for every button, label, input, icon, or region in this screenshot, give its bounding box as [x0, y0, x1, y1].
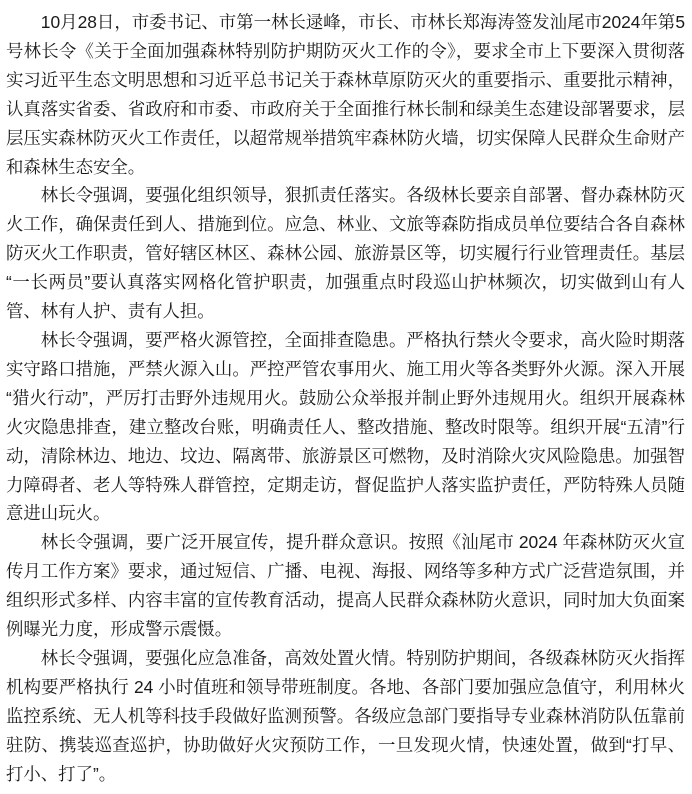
paragraph: 林长令强调，要广泛开展宣传，提升群众意识。按照《汕尾市 2024 年森林防灭火宣…: [6, 528, 685, 644]
paragraph: 林长令强调，要严格火源管控，全面排查隐患。严格执行禁火令要求，高火险时期落实守路…: [6, 326, 685, 528]
paragraph: 10月28日，市委书记、市第一林长逯峰，市长、市林长郑海涛签发汕尾市2024年第…: [6, 8, 685, 181]
document-page: 10月28日，市委书记、市第一林长逯峰，市长、市林长郑海涛签发汕尾市2024年第…: [0, 0, 692, 794]
paragraph: 林长令强调，要强化组织领导，狠抓责任落实。各级林长要亲自部署、督办森林防灭火工作…: [6, 181, 685, 326]
paragraph: 林长令强调，要强化应急准备，高效处置火情。特别防护期间，各级森林防灭火指挥机构要…: [6, 644, 685, 789]
document-body: 10月28日，市委书记、市第一林长逯峰，市长、市林长郑海涛签发汕尾市2024年第…: [6, 8, 685, 788]
